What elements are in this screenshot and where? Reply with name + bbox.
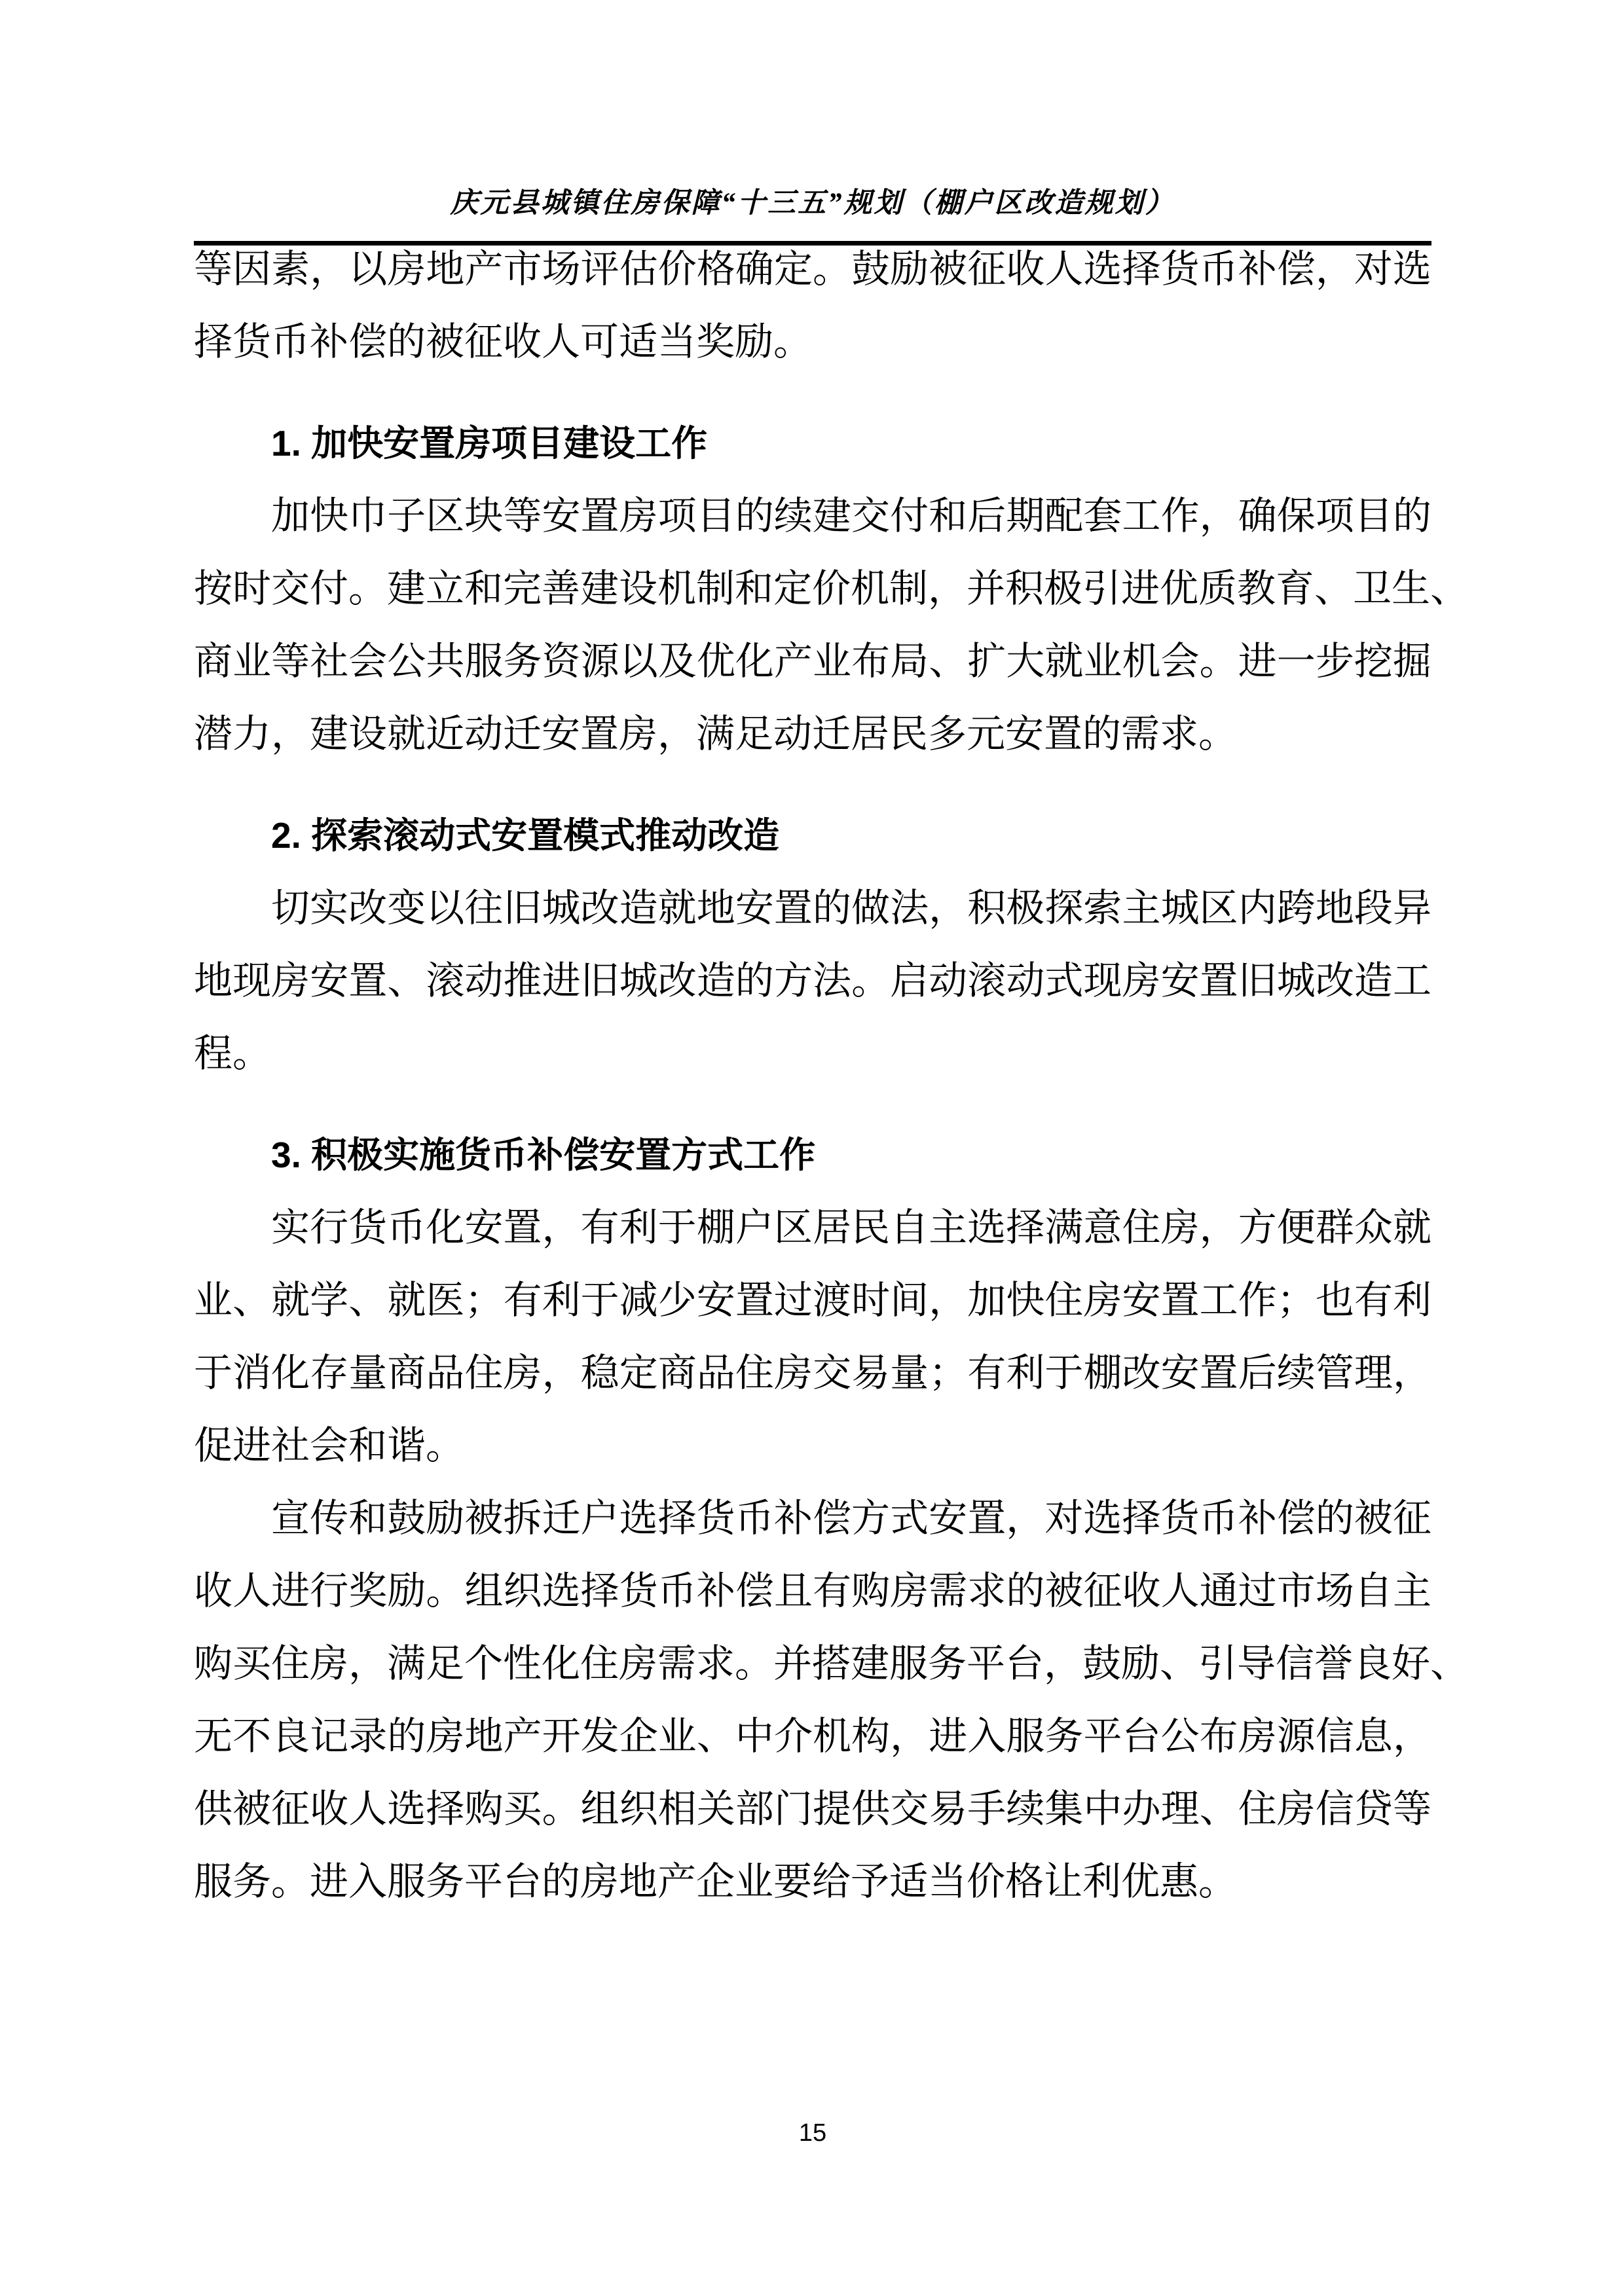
- body-line: 商业等社会公共服务资源以及优化产业布局、扩大就业机会。进一步挖掘: [194, 625, 1431, 698]
- page-header: 庆元县城镇住房保障“十三五”规划（棚户区改造规划）: [194, 186, 1431, 221]
- body-line: 加快巾子区块等安置房项目的续建交付和后期配套工作，确保项目的: [194, 480, 1431, 553]
- body-line: 按时交付。建立和完善建设机制和定价机制，并积极引进优质教育、卫生、: [194, 553, 1431, 625]
- body-line: 地现房安置、滚动推进旧城改造的方法。启动滚动式现房安置旧城改造工: [194, 945, 1431, 1017]
- body-line: 购买住房，满足个性化住房需求。并搭建服务平台，鼓励、引导信誉良好、: [194, 1628, 1431, 1700]
- body-line: 实行货币化安置，有利于棚户区居民自主选择满意住房，方便群众就: [194, 1192, 1431, 1264]
- paragraph: 实行货币化安置，有利于棚户区居民自主选择满意住房，方便群众就 业、就学、就医；有…: [194, 1192, 1431, 1482]
- body-line: 无不良记录的房地产开发企业、中介机构，进入服务平台公布房源信息，: [194, 1700, 1431, 1773]
- body-line: 于消化存量商品住房，稳定商品住房交易量；有利于棚改安置后续管理，: [194, 1337, 1431, 1410]
- section-heading: 1. 加快安置房项目建设工作: [194, 407, 1431, 480]
- body-line: 服务。进入服务平台的房地产企业要给予适当价格让利优惠。: [194, 1846, 1431, 1918]
- page-header-title: 庆元县城镇住房保障“十三五”规划（棚户区改造规划）: [451, 188, 1175, 219]
- body-line: 宣传和鼓励被拆迁户选择货币补偿方式安置，对选择货币补偿的被征: [194, 1482, 1431, 1555]
- paragraph: 等因素，以房地产市场评估价格确定。鼓励被征收人选择货币补偿，对选 择货币补偿的被…: [194, 233, 1431, 378]
- body-line: 切实改变以往旧城改造就地安置的做法，积极探索主城区内跨地段异: [194, 872, 1431, 945]
- body-line: 程。: [194, 1017, 1431, 1090]
- paragraph: 切实改变以往旧城改造就地安置的做法，积极探索主城区内跨地段异 地现房安置、滚动推…: [194, 872, 1431, 1090]
- body-line: 择货币补偿的被征收人可适当奖励。: [194, 306, 1431, 378]
- document-body: 等因素，以房地产市场评估价格确定。鼓励被征收人选择货币补偿，对选 择货币补偿的被…: [194, 233, 1431, 1918]
- page-number: 15: [799, 2119, 826, 2147]
- body-line: 业、就学、就医；有利于减少安置过渡时间，加快住房安置工作；也有利: [194, 1264, 1431, 1337]
- paragraph: 宣传和鼓励被拆迁户选择货币补偿方式安置，对选择货币补偿的被征 收人进行奖励。组织…: [194, 1482, 1431, 1918]
- body-line: 收人进行奖励。组织选择货币补偿且有购房需求的被征收人通过市场自主: [194, 1555, 1431, 1628]
- body-line: 促进社会和谐。: [194, 1410, 1431, 1482]
- body-line: 潜力，建设就近动迁安置房，满足动迁居民多元安置的需求。: [194, 698, 1431, 771]
- document-page: 庆元县城镇住房保障“十三五”规划（棚户区改造规划） 等因素，以房地产市场评估价格…: [0, 0, 1624, 2296]
- section-heading: 3. 积极实施货币补偿安置方式工作: [194, 1119, 1431, 1192]
- body-line: 供被征收人选择购买。组织相关部门提供交易手续集中办理、住房信贷等: [194, 1773, 1431, 1846]
- paragraph: 加快巾子区块等安置房项目的续建交付和后期配套工作，确保项目的 按时交付。建立和完…: [194, 480, 1431, 771]
- body-line: 等因素，以房地产市场评估价格确定。鼓励被征收人选择货币补偿，对选: [194, 233, 1431, 306]
- page-footer: 15: [194, 2117, 1431, 2149]
- section-heading: 2. 探索滚动式安置模式推动改造: [194, 799, 1431, 872]
